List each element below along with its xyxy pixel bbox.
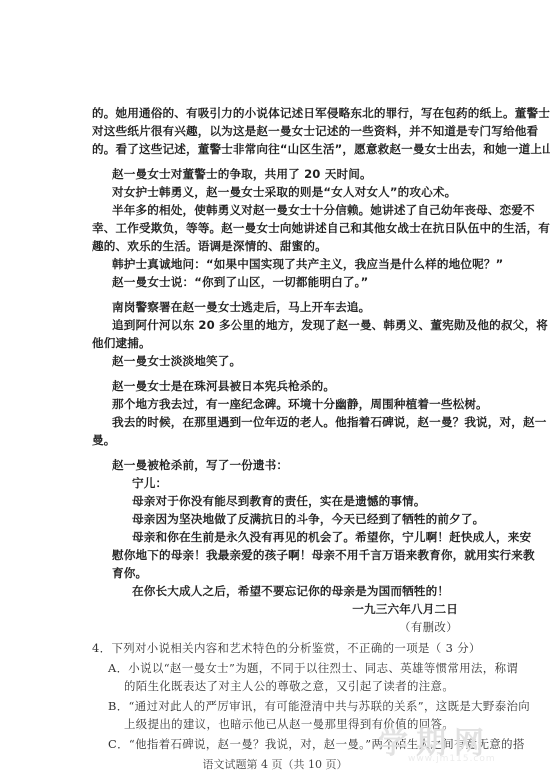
passage-line: 半年多的相处，使韩勇义对赵一曼女士十分信赖。她讲述了自己幼年丧母、恋爱不 bbox=[112, 202, 535, 218]
option-b: B．“通过对此人的严厉审讯，有可能澄清中共与苏联的关系”，这既是大野泰治向 bbox=[108, 698, 530, 714]
passage-line: 的。她用通俗的、有吸引力的小说体记述日军侵略东北的罪行，写在包药的纸上。董警士 bbox=[92, 105, 550, 121]
passage-line: 我去的时候，在那里遇到一位年迈的老人。他指着石碑说，赵一曼？我说，对，赵一 bbox=[112, 414, 547, 430]
exam-page: 的。她用通俗的、有吸引力的小说体记述日军侵略东北的罪行，写在包药的纸上。董警士 … bbox=[0, 0, 550, 778]
passage-line: 他们逮捕。 bbox=[92, 335, 151, 351]
passage-line: 对这些纸片很有兴趣，以为这是赵一曼女士记述的一些资料，并不知道是专门写给他看 bbox=[92, 123, 538, 139]
letter-line: 育你。 bbox=[112, 565, 147, 581]
letter-line: 在你长大成人之后，希望不要忘记你的母亲是为国而牺牲的！ bbox=[132, 583, 449, 599]
passage-line: 幸、工作受欺负，等等。赵一曼女士向她讲述自己和其他女战士在抗日队伍中的生活，有 bbox=[92, 220, 550, 236]
watermark-logo: 学期网 www.jm115.com bbox=[378, 718, 550, 768]
question-stem: 4．下列对小说相关内容和艺术特色的分析鉴赏，不正确的一项是（ 3 分） bbox=[92, 640, 481, 656]
passage-line: 南岗警察署在赵一曼女士逃走后，马上开车去追。 bbox=[112, 299, 370, 315]
passage-line: 对女护士韩勇义，赵一曼女士采取的则是“女人对女人”的攻心术。 bbox=[112, 184, 456, 200]
letter-date: 一九三六年八月二日 bbox=[352, 601, 458, 617]
edit-note: （有删改） bbox=[399, 619, 458, 635]
passage-line: 那个地方我去过，有一座纪念碑。环境十分幽静，周围种植着一些松树。 bbox=[112, 396, 488, 412]
option-a: A．小说以“赵一曼女士”为题，不同于以往烈士、同志、英雄等惯常用法，称谓 bbox=[108, 660, 518, 676]
letter-intro: 赵一曼被枪杀前，写了一份遗书： bbox=[112, 457, 288, 473]
passage-line: 赵一曼女士说：“你到了山区，一切都能明白了。” bbox=[112, 274, 368, 290]
letter-line: 母亲因为坚决地做了反满抗日的斗争，今天已经到了牺牲的前夕了。 bbox=[132, 511, 484, 527]
passage-line: 曼。 bbox=[92, 432, 116, 448]
passage-line: 的。看了这些记述，董警士非常向往“山区生活”，愿意救赵一曼女士出去，和她一道上山… bbox=[92, 141, 550, 157]
passage-line: 赵一曼女士淡淡地笑了。 bbox=[112, 353, 241, 369]
letter-salutation: 宁儿： bbox=[132, 475, 167, 491]
passage-line: 趣的、欢乐的生活。语调是深情的、甜蜜的。 bbox=[92, 238, 327, 254]
watermark-url: www.jm115.com bbox=[408, 754, 496, 764]
letter-line: 母亲对于你没有能尽到教育的责任，实在是遗憾的事情。 bbox=[132, 493, 426, 509]
passage-line: 追到阿什河以东 20 多公里的地方，发现了赵一曼、韩勇义、董宪勋及他的叔父，将 bbox=[112, 317, 548, 333]
option-a-cont: 的陌生化既表达了对主人公的尊敬之意，又引起了读者的注意。 bbox=[124, 678, 454, 694]
letter-line: 慰你地下的母亲！我最亲爱的孩子啊！母亲不用千言万语来教育你，就用实行来教 bbox=[112, 547, 535, 563]
passage-line: 韩护士真诚地问：“如果中国实现了共产主义，我应当是什么样的地位呢？” bbox=[112, 256, 503, 272]
passage-line: 赵一曼女士对董警士的争取，共用了 20 天时间。 bbox=[112, 166, 372, 182]
letter-line: 母亲和你在生前是永久没有再见的机会了。希望你，宁儿啊！赶快成人，来安 bbox=[132, 529, 531, 545]
passage-line: 赵一曼女士是在珠河县被日本宪兵枪杀的。 bbox=[112, 378, 335, 394]
